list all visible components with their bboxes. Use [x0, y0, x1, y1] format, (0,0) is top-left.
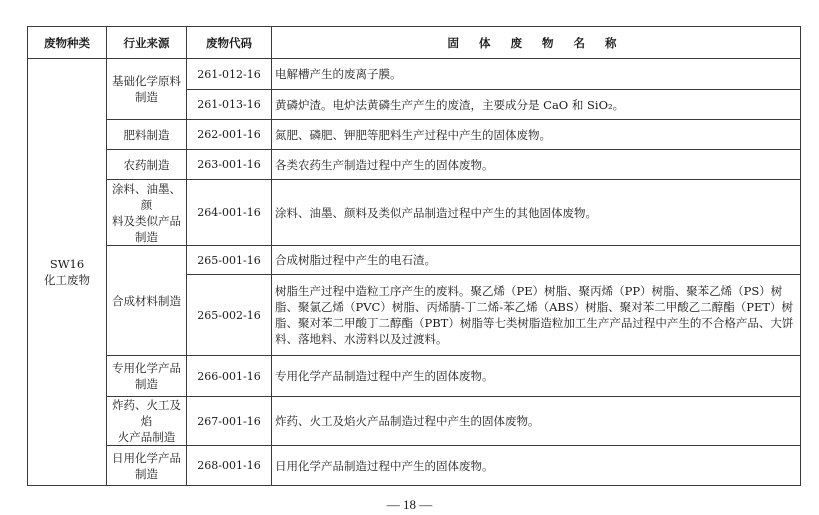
table-row: 炸药、火工及焰 火产品制造 267-001-16 炸药、火工及焰火产品制造过程中… [28, 397, 801, 446]
source-cell: 涂料、油墨、颜 料及类似产品 制造 [107, 180, 187, 246]
source-cell: 基础化学原料 制造 [107, 59, 187, 120]
name-cell: 黄磷炉渣。电炉法黄磷生产产生的废渣，主要成分是 CaO 和 SiO₂。 [272, 90, 801, 120]
code-cell: 268-001-16 [187, 446, 272, 486]
code-cell: 261-013-16 [187, 90, 272, 120]
name-cell: 树脂生产过程中造粒工序产生的废料。聚乙烯（PE）树脂、聚丙烯（PP）树脂、聚苯乙… [272, 275, 801, 356]
table-row: 合成材料制造 265-001-16 合成树脂过程中产生的电石渣。 [28, 246, 801, 275]
table-row: 涂料、油墨、颜 料及类似产品 制造 264-001-16 涂料、油墨、颜料及类似… [28, 180, 801, 246]
code-cell: 267-001-16 [187, 397, 272, 446]
table-row: 日用化学产品 制造 268-001-16 日用化学产品制造过程中产生的固体废物。 [28, 446, 801, 486]
source-cell: 炸药、火工及焰 火产品制造 [107, 397, 187, 446]
header-waste-code: 废物代码 [187, 27, 272, 59]
header-solid-waste-name: 固 体 废 物 名 称 [272, 27, 801, 59]
category-label: 化工废物 [31, 272, 103, 288]
category-cell: SW16 化工废物 [28, 59, 107, 486]
name-cell: 日用化学产品制造过程中产生的固体废物。 [272, 446, 801, 486]
code-cell: 263-001-16 [187, 150, 272, 180]
table-row: 专用化学产品 制造 266-001-16 专用化学产品制造过程中产生的固体废物。 [28, 356, 801, 397]
category-code: SW16 [31, 256, 103, 272]
code-cell: 265-001-16 [187, 246, 272, 275]
name-cell: 涂料、油墨、颜料及类似产品制造过程中产生的其他固体废物。 [272, 180, 801, 246]
table-row: SW16 化工废物 基础化学原料 制造 261-012-16 电解槽产生的废离子… [28, 59, 801, 90]
code-cell: 266-001-16 [187, 356, 272, 397]
source-cell: 日用化学产品 制造 [107, 446, 187, 486]
source-cell: 合成材料制造 [107, 246, 187, 356]
name-cell: 氮肥、磷肥、钾肥等肥料生产过程中产生的固体废物。 [272, 120, 801, 150]
header-industry-source: 行业来源 [107, 27, 187, 59]
name-cell: 炸药、火工及焰火产品制造过程中产生的固体废物。 [272, 397, 801, 446]
waste-classification-table: 废物种类 行业来源 废物代码 固 体 废 物 名 称 SW16 化工废物 基础化… [27, 26, 801, 486]
name-cell: 电解槽产生的废离子膜。 [272, 59, 801, 90]
name-cell: 合成树脂过程中产生的电石渣。 [272, 246, 801, 275]
source-cell: 肥料制造 [107, 120, 187, 150]
code-cell: 264-001-16 [187, 180, 272, 246]
source-cell: 专用化学产品 制造 [107, 356, 187, 397]
table-row: 农药制造 263-001-16 各类农药生产制造过程中产生的固体废物。 [28, 150, 801, 180]
header-waste-type: 废物种类 [28, 27, 107, 59]
code-cell: 265-002-16 [187, 275, 272, 356]
name-cell: 各类农药生产制造过程中产生的固体废物。 [272, 150, 801, 180]
table-header-row: 废物种类 行业来源 废物代码 固 体 废 物 名 称 [28, 27, 801, 59]
source-cell: 农药制造 [107, 150, 187, 180]
name-cell: 专用化学产品制造过程中产生的固体废物。 [272, 356, 801, 397]
page-number: — 18 — [0, 497, 819, 513]
code-cell: 262-001-16 [187, 120, 272, 150]
code-cell: 261-012-16 [187, 59, 272, 90]
table-row: 肥料制造 262-001-16 氮肥、磷肥、钾肥等肥料生产过程中产生的固体废物。 [28, 120, 801, 150]
